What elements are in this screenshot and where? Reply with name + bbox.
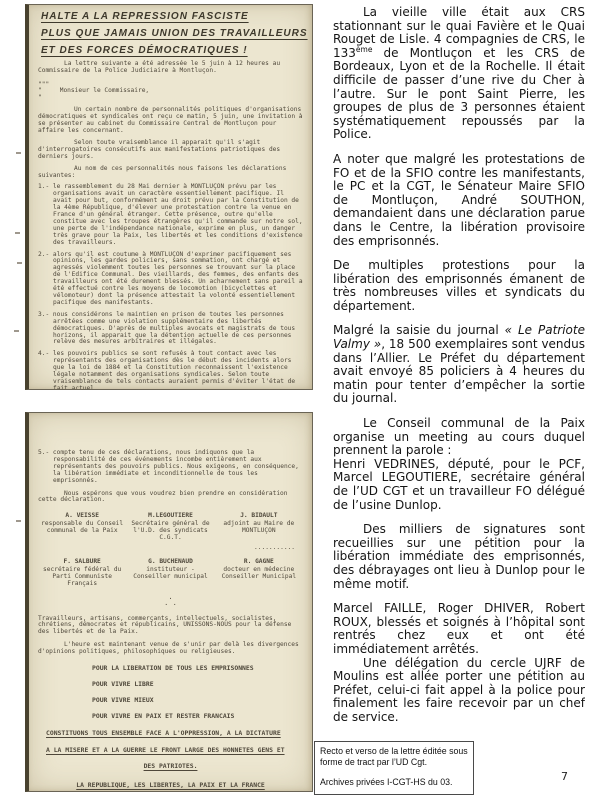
signature-role: instituteur - Conseiller municipal (128, 567, 212, 581)
tract-slogan: POUR VIVRE EN PAIX ET RESTER FRANCAIS (92, 713, 303, 720)
signature-role: docteur en médecine Conseiller Municipal (217, 567, 301, 581)
signature-name: R. GAGNE (217, 559, 301, 566)
signature-role: Secrétaire général de l'U.D. des syndica… (128, 521, 212, 542)
tract-paragraph: Un certain nombre de personnalités polit… (38, 107, 305, 135)
pen-mark (17, 262, 22, 264)
signature-role: adjoint au Maire de MONTLUÇON (217, 521, 301, 535)
tract-numbered-item: 3.- nous considérons le maintien en pris… (38, 312, 305, 347)
salutation: Monsieur le Commissaire, (60, 87, 149, 94)
tract-title-line: HALTE A LA REPRESSION FASCISTE (41, 14, 305, 21)
article-paragraph: La vieille ville était aux CRS stationna… (333, 6, 585, 142)
tract-final-line: LA REPUBLIQUE, LES LIBERTES, LA PAIX ET … (38, 782, 303, 789)
tract-front-line: DES PATRIOTES. (38, 763, 303, 770)
tract-scan-verso: 5.- compte tenu de ces déclarations, nou… (25, 412, 313, 792)
signature-name: G. BUCHENAUD (128, 559, 212, 566)
separator-dots: ........... (38, 545, 303, 552)
pen-mark (14, 330, 19, 332)
article-paragraph: Le Conseil communal de la Paix organise … (333, 417, 585, 458)
article-paragraph: Des milliers de signatures sont recueill… (333, 523, 585, 591)
tract-numbered-item: 5.- compte tenu de ces déclarations, nou… (38, 450, 303, 485)
article-paragraph: Une délégation du cercle UJRF de Moulins… (333, 657, 585, 725)
signature-name: F. SALBURE (40, 559, 124, 566)
tract-paragraph: Au nom de ces personnalités nous faisons… (38, 166, 305, 180)
pen-mark (16, 520, 21, 522)
tract-appeal: Travailleurs, artisans, commerçants, int… (38, 616, 303, 637)
article-paragraph: De multiples protestions pour la libérat… (333, 259, 585, 313)
pen-mark (15, 232, 20, 234)
tract-paragraph: Selon toute vraisemblance il apparait qu… (38, 140, 305, 161)
recto-paragraphs: Un certain nombre de personnalités polit… (38, 107, 305, 179)
verso-front-lines: CONSTITUONS TOUS ENSEMBLE FACE A L'OPPRE… (38, 730, 303, 771)
signature: R. GAGNEdocteur en médecine Conseiller M… (215, 559, 303, 588)
tract-front-line: A LA MISERE ET A LA GUERRE LE FRONT LARG… (46, 747, 303, 754)
tract-closing: Nous espérons que vous voudrez bien pren… (38, 491, 303, 505)
tract-front-line: CONSTITUONS TOUS ENSEMBLE FACE A L'OPPRE… (46, 730, 303, 737)
signature-role: responsable du Conseil communal de la Pa… (40, 521, 124, 535)
tract-slogan: POUR VIVRE LIBRE (92, 681, 303, 688)
signature-role: secrétaire fédéral du Parti Communiste F… (40, 567, 124, 588)
article-paragraph: Malgré la saisie du journal « Le Patriot… (333, 324, 585, 406)
caption-source: Archives privées I-CGT-HS du 03. (320, 777, 468, 788)
signatures-row-1: A. VEISSEresponsable du Conseil communal… (38, 513, 303, 542)
tract-numbered-item: 4.- les pouvoirs publics se sont refusés… (38, 351, 305, 390)
tract-title-line: PLUS QUE JAMAIS UNION DES TRAVAILLEURS (41, 31, 305, 38)
dinkus-line: · · (38, 602, 303, 608)
verso-slogans: POUR LA LIBERATION DE TOUS LES EMPRISONN… (38, 665, 303, 720)
signature: M.LEGOUTIERESecrétaire général de l'U.D.… (126, 513, 214, 542)
caption-line: Recto et verso de la lettre éditée sous … (320, 746, 468, 767)
tract-unity: L'heure est maintenant venue de s'unir p… (38, 642, 303, 656)
signature: F. SALBUREsecrétaire fédéral du Parti Co… (38, 559, 126, 588)
pen-mark (16, 152, 21, 154)
quote-mark: " (38, 95, 305, 102)
article-paragraph: Marcel FAILLE, Roger DHIVER, Robert ROUX… (333, 602, 585, 656)
tract-slogan: POUR LA LIBERATION DE TOUS LES EMPRISONN… (92, 665, 303, 672)
tract-numbered-item: 1.- le rassemblement du 28 Mai dernier à… (38, 184, 305, 246)
article-paragraphs: La vieille ville était aux CRS stationna… (333, 6, 585, 738)
signature: G. BUCHENAUDinstituteur - Conseiller mun… (126, 559, 214, 588)
page-number: 7 (561, 770, 568, 783)
caption-box: Recto et verso de la lettre éditée sous … (314, 741, 474, 795)
article-paragraph: A noter que malgré les protestations de … (333, 153, 585, 248)
salutation-row: "Monsieur le Commissaire, (38, 88, 305, 95)
tract-slogan: POUR VIVRE MIEUX (92, 697, 303, 704)
signature-name: J. BIDAULT (217, 513, 301, 520)
signature: J. BIDAULTadjoint au Maire de MONTLUÇON (215, 513, 303, 542)
quote-block: """ "Monsieur le Commissaire, " (38, 82, 305, 103)
tract-intro: La lettre suivante a été adressée le 5 j… (38, 61, 305, 75)
signatures-row-2: F. SALBUREsecrétaire fédéral du Parti Co… (38, 559, 303, 588)
tract-scan-recto: HALTE A LA REPRESSION FASCISTE PLUS QUE … (25, 4, 313, 390)
dinkus: · · · (38, 596, 303, 608)
signature: A. VEISSEresponsable du Conseil communal… (38, 513, 126, 542)
article-paragraph: Henri VEDRINES, député, pour le PCF, Mar… (333, 458, 585, 512)
recto-items: 1.- le rassemblement du 28 Mai dernier à… (38, 184, 305, 390)
signature-name: A. VEISSE (40, 513, 124, 520)
tract-numbered-item: 2.- alors qu'il est coutume à MONTLUÇON … (38, 252, 305, 307)
tract-title-line: ET DES FORCES DÉMOCRATIQUES ! (41, 48, 305, 55)
